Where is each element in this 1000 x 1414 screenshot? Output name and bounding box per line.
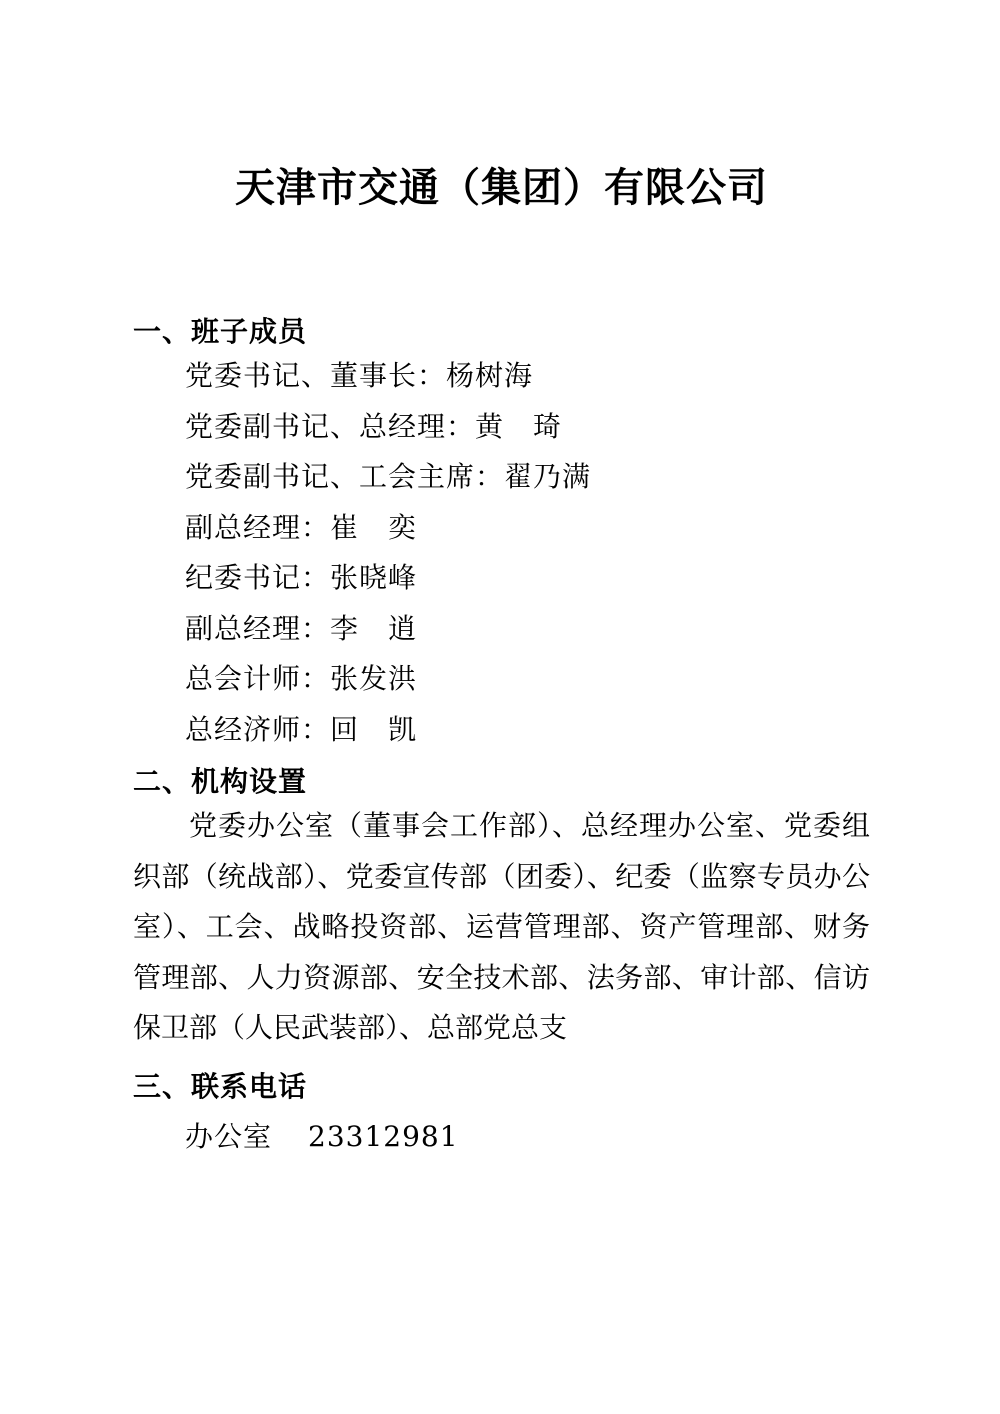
contact-line: 办公室23312981 [133,1112,870,1163]
member-line: 总会计师：张发洪 [185,654,870,705]
member-line: 党委副书记、总经理：黄 琦 [185,402,870,453]
leadership-member-list: 党委书记、董事长：杨树海 党委副书记、总经理：黄 琦 党委副书记、工会主席：翟乃… [133,351,870,755]
organization-paragraph: 党委办公室（董事会工作部）、总经理办公室、党委组织部（统战部）、党委宣传部（团委… [133,801,870,1054]
office-label: 办公室 [185,1120,272,1153]
member-line: 党委书记、董事长：杨树海 [185,351,870,402]
document-title: 天津市交通（集团）有限公司 [133,0,870,214]
section-heading-contact: 三、联系电话 [133,1068,870,1106]
member-line: 副总经理：崔 奕 [185,503,870,554]
office-phone-number: 23312981 [308,1120,459,1153]
section-heading-organization: 二、机构设置 [133,763,870,801]
section-heading-leadership: 一、班子成员 [133,313,870,351]
document-page: 天津市交通（集团）有限公司 一、班子成员 党委书记、董事长：杨树海 党委副书记、… [0,0,1000,1414]
member-line: 纪委书记：张晓峰 [185,553,870,604]
member-line: 副总经理：李 逍 [185,604,870,655]
member-line: 总经济师：回 凯 [185,705,870,756]
member-line: 党委副书记、工会主席：翟乃满 [185,452,870,503]
